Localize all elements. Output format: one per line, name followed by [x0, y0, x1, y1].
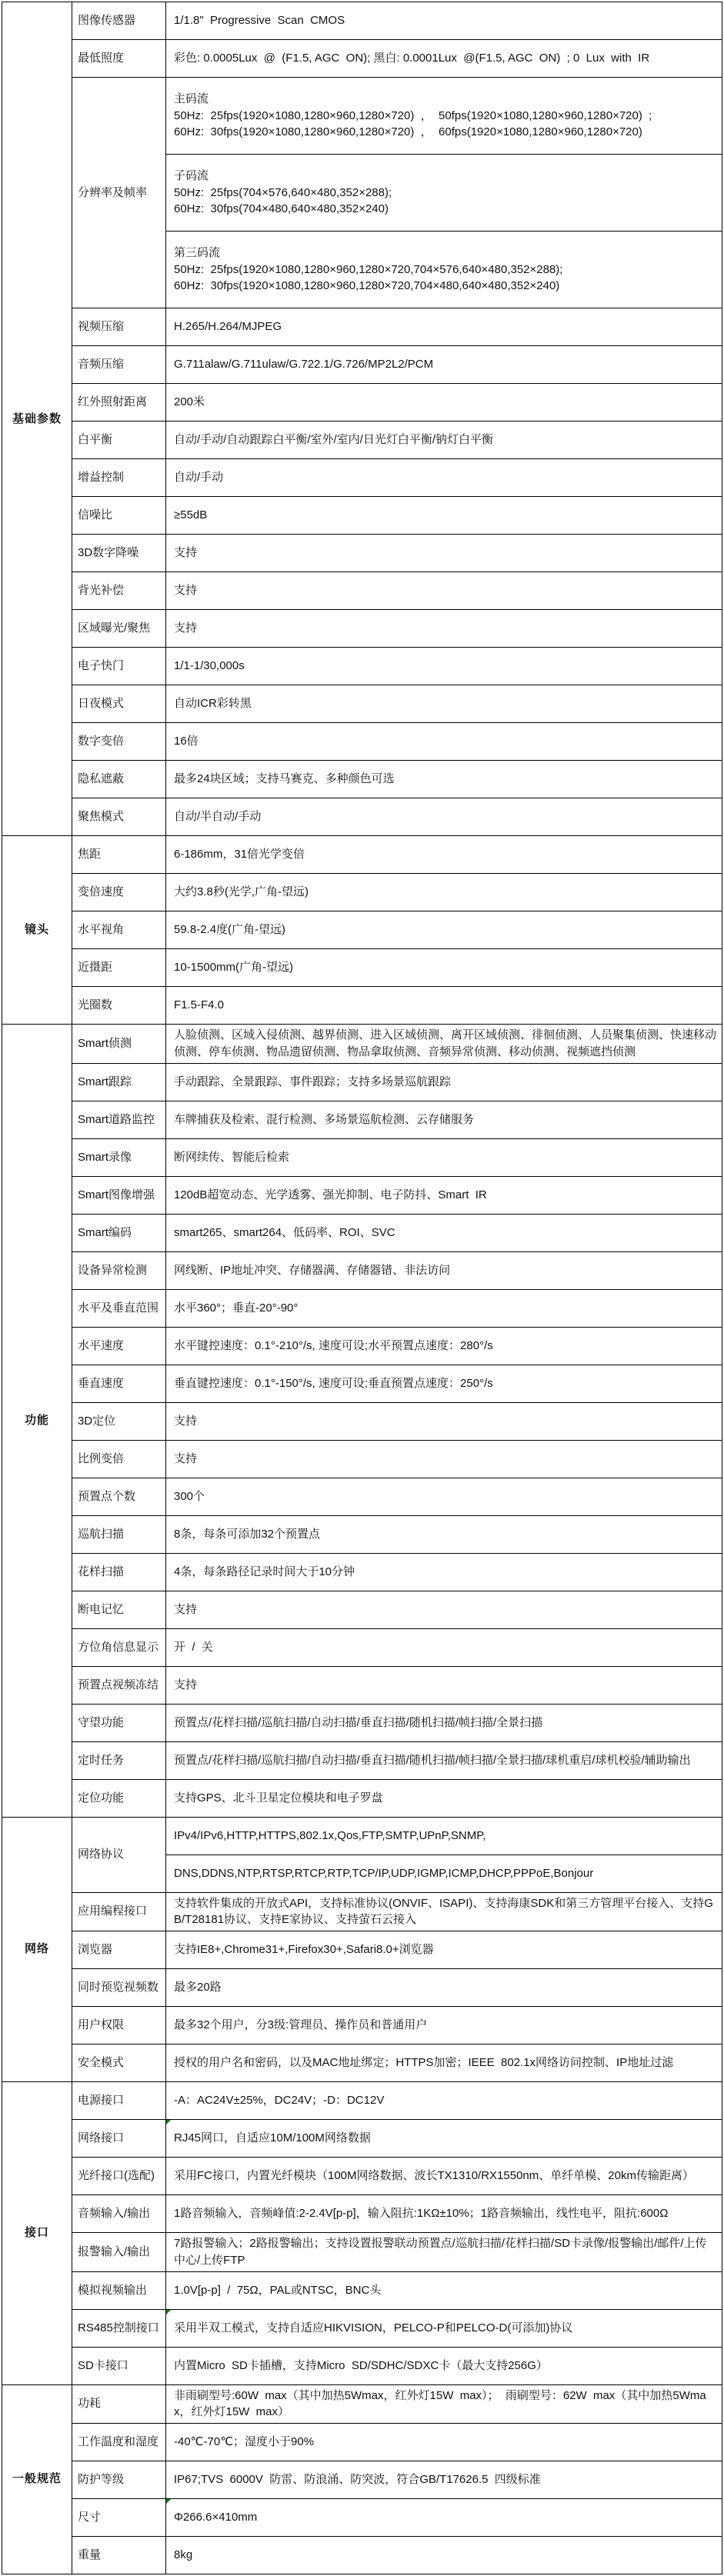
spec-row: 尺寸Φ266.6×410mm [2, 2499, 722, 2537]
spec-value-cell: H.265/H.264/MJPEG [166, 308, 722, 346]
comment-marker-icon [166, 2120, 171, 2124]
spec-row: 近摄距10-1500mm(广角-望远) [2, 949, 722, 987]
section-header-cell: 基础参数 [2, 2, 72, 836]
spec-value-cell: 支持 [166, 1666, 722, 1704]
spec-label-cell: 隐私遮蔽 [72, 761, 166, 798]
spec-value-cell: 彩色: 0.0005Lux @ (F1.5, AGC ON); 黑白: 0.00… [166, 40, 722, 78]
spec-row: 功能Smart侦测人脸侦测、区域入侵侦测、越界侦测、进入区域侦测、离开区域侦测、… [2, 1025, 722, 1064]
spec-row: 电子快门1/1-1/30,000s [2, 648, 722, 685]
spec-label-cell: 同时预览视频数 [72, 1969, 166, 2007]
spec-value-cell: 内置Micro SD卡插槽，支持Micro SD/SDHC/SDXC卡（最大支持… [166, 2347, 722, 2384]
spec-row: Smart编码smart265、smart264、低码率、ROI、SVC [2, 1214, 722, 1251]
spec-value-cell: 支持软件集成的开放式API，支持标准协议(ONVIF、ISAPI)、支持海康SD… [166, 1892, 722, 1931]
spec-row: 定位功能支持GPS、北斗卫星定位模块和电子罗盘 [2, 1779, 722, 1817]
spec-label-cell: 功耗 [72, 2384, 166, 2424]
spec-sheet: 基础参数图像传感器1/1.8" Progressive Scan CMOS最低照… [0, 0, 724, 2576]
spec-label-cell: 尺寸 [72, 2499, 166, 2537]
spec-value-cell: 7路报警输入；2路报警输出；支持设置报警联动预置点/巡航扫描/花样扫描/SD卡录… [166, 2233, 722, 2272]
spec-label-cell: 焦距 [72, 836, 166, 874]
spec-row: 白平衡自动/手动/自动跟踪白平衡/室外/室内/日光灯白平衡/钠灯白平衡 [2, 422, 722, 459]
spec-value-cell: 1/1-1/30,000s [166, 648, 722, 685]
spec-value-cell: 子码流 50Hz: 25fps(704×576,640×480,352×288)… [166, 155, 722, 232]
spec-value-cell: 支持 [166, 1440, 722, 1478]
spec-value-cell: 200米 [166, 384, 722, 422]
spec-label-cell: Smart道路监控 [72, 1101, 166, 1138]
spec-label-cell: Smart侦测 [72, 1025, 166, 1064]
spec-value-cell: 支持 [166, 535, 722, 572]
spec-label-cell: 变倍速度 [72, 874, 166, 911]
spec-row: 定时任务预置点/花样扫描/巡航扫描/自动扫描/垂直扫描/随机扫描/帧扫描/全景扫… [2, 1741, 722, 1779]
spec-row: 水平及垂直范围水平360°；垂直-20°-90° [2, 1289, 722, 1327]
spec-value-cell: 自动/手动 [166, 459, 722, 497]
spec-label-cell: 聚焦模式 [72, 798, 166, 836]
spec-row: 浏览器支持IE8+,Chrome31+,Firefox30+,Safari8.0… [2, 1931, 722, 1969]
comment-marker-icon [166, 2310, 171, 2314]
spec-value-cell: 水平键控速度：0.1°-210°/s, 速度可设;水平预置点速度：280°/s [166, 1327, 722, 1365]
spec-row: RS485控制接口采用半双工模式，支持自适应HIKVISION，PELCO-P和… [2, 2309, 722, 2347]
spec-row: 网络网络协议IPv4/IPv6,HTTP,HTTPS,802.1x,Qos,FT… [2, 1817, 722, 1855]
spec-label-cell: Smart图像增强 [72, 1176, 166, 1214]
spec-label-cell: 设备异常检测 [72, 1251, 166, 1289]
spec-row: 日夜模式自动ICR彩转黑 [2, 685, 722, 723]
spec-row: 背光补偿支持 [2, 572, 722, 610]
spec-row: 水平速度水平键控速度：0.1°-210°/s, 速度可设;水平预置点速度：280… [2, 1327, 722, 1365]
spec-row: 一般规范功耗非雨刷型号:60W max（其中加热5Wmax，红外灯15W max… [2, 2384, 722, 2424]
spec-value-cell: 自动/半自动/手动 [166, 798, 722, 836]
spec-label-cell: 信噪比 [72, 497, 166, 535]
spec-value-cell: 300个 [166, 1478, 722, 1515]
spec-value-cell: smart265、smart264、低码率、ROI、SVC [166, 1214, 722, 1251]
spec-label-cell: 安全模式 [72, 2044, 166, 2082]
spec-row: 重量8kg [2, 2537, 722, 2574]
spec-value-cell: 6-186mm，31倍光学变倍 [166, 836, 722, 874]
spec-row: 镜头焦距6-186mm，31倍光学变倍 [2, 836, 722, 874]
spec-row: 隐私遮蔽最多24块区域；支持马赛克、多种颜色可选 [2, 761, 722, 798]
spec-value-cell: 16倍 [166, 723, 722, 761]
spec-value-cell: Φ266.6×410mm [166, 2499, 722, 2537]
spec-label-cell: 巡航扫描 [72, 1515, 166, 1553]
spec-value-cell: 支持IE8+,Chrome31+,Firefox30+,Safari8.0+浏览… [166, 1931, 722, 1969]
spec-row: 预置点视频冻结支持 [2, 1666, 722, 1704]
spec-row: 最低照度彩色: 0.0005Lux @ (F1.5, AGC ON); 黑白: … [2, 40, 722, 78]
spec-value-cell: 支持GPS、北斗卫星定位模块和电子罗盘 [166, 1779, 722, 1817]
spec-value-cell: 网线断、IP地址冲突、存储器满、存储器错、非法访问 [166, 1251, 722, 1289]
spec-row: 应用编程接口支持软件集成的开放式API，支持标准协议(ONVIF、ISAPI)、… [2, 1892, 722, 1931]
spec-value-cell: 最多20路 [166, 1969, 722, 2007]
section-header-cell: 接口 [2, 2082, 72, 2385]
spec-value-cell: ≥55dB [166, 497, 722, 535]
spec-value-cell: 4条，每条路径记录时间大于10分钟 [166, 1553, 722, 1591]
spec-row: 光纤接口(选配)采用FC接口，内置光纤模块（100M网络数据、波长TX1310/… [2, 2158, 722, 2195]
spec-label-cell: SD卡接口 [72, 2347, 166, 2384]
spec-value-cell: 最多32个用户，分3级:管理员、操作员和普通用户 [166, 2007, 722, 2044]
spec-value-cell: -40℃-70℃；湿度小于90% [166, 2424, 722, 2461]
spec-label-cell: 花样扫描 [72, 1553, 166, 1591]
spec-value-cell: 支持 [166, 1591, 722, 1628]
spec-row: 设备异常检测网线断、IP地址冲突、存储器满、存储器错、非法访问 [2, 1251, 722, 1289]
spec-row: 水平视角59.8-2.4度(广角-望远) [2, 911, 722, 949]
spec-value-cell: F1.5-F4.0 [166, 987, 722, 1025]
spec-value-cell: 支持 [166, 1402, 722, 1440]
spec-row: 断电记忆支持 [2, 1591, 722, 1628]
spec-row: 聚焦模式自动/半自动/手动 [2, 798, 722, 836]
spec-value-cell: 8kg [166, 2537, 722, 2574]
spec-value-cell: 垂直键控速度：0.1°-150°/s, 速度可设;垂直预置点速度：250°/s [166, 1365, 722, 1402]
spec-label-cell: 浏览器 [72, 1931, 166, 1969]
spec-label-cell: 音频压缩 [72, 346, 166, 384]
spec-label-cell: 分辨率及帧率 [72, 78, 166, 308]
spec-row: 守望功能预置点/花样扫描/巡航扫描/自动扫描/垂直扫描/随机扫描/帧扫描/全景扫… [2, 1704, 722, 1741]
spec-label-cell: 增益控制 [72, 459, 166, 497]
section-header-cell: 功能 [2, 1025, 72, 1818]
spec-value-cell: 自动/手动/自动跟踪白平衡/室外/室内/日光灯白平衡/钠灯白平衡 [166, 422, 722, 459]
spec-value-cell: 8条，每条可添加32个预置点 [166, 1515, 722, 1553]
spec-value-cell: 预置点/花样扫描/巡航扫描/自动扫描/垂直扫描/随机扫描/帧扫描/全景扫描 [166, 1704, 722, 1741]
spec-row: SD卡接口内置Micro SD卡插槽，支持Micro SD/SDHC/SDXC卡… [2, 2347, 722, 2384]
spec-label-cell: 网络协议 [72, 1817, 166, 1892]
spec-row: 网络接口RJ45网口，自适应10M/100M网络数据 [2, 2120, 722, 2158]
comment-marker-icon [166, 2499, 171, 2504]
spec-label-cell: 守望功能 [72, 1704, 166, 1741]
spec-value-cell: 手动跟踪、全景跟踪、事件跟踪；支持多场景巡航跟踪 [166, 1063, 722, 1101]
spec-row: 防护等级IP67;TVS 6000V 防雷、防浪涌、防突波，符合GB/T1762… [2, 2461, 722, 2499]
spec-label-cell: 断电记忆 [72, 1591, 166, 1628]
spec-value-cell: 59.8-2.4度(广角-望远) [166, 911, 722, 949]
spec-value-cell: 采用半双工模式，支持自适应HIKVISION，PELCO-P和PELCO-D(可… [166, 2309, 722, 2347]
spec-label-cell: 应用编程接口 [72, 1892, 166, 1931]
spec-value-cell: 支持 [166, 610, 722, 648]
spec-label-cell: Smart编码 [72, 1214, 166, 1251]
spec-table: 基础参数图像传感器1/1.8" Progressive Scan CMOS最低照… [2, 2, 722, 2574]
spec-row: 用户权限最多32个用户，分3级:管理员、操作员和普通用户 [2, 2007, 722, 2044]
spec-label-cell: 垂直速度 [72, 1365, 166, 1402]
spec-row: Smart跟踪手动跟踪、全景跟踪、事件跟踪；支持多场景巡航跟踪 [2, 1063, 722, 1101]
spec-label-cell: 网络接口 [72, 2120, 166, 2158]
spec-row: 模拟视频输出1.0V[p-p] / 75Ω，PAL或NTSC，BNC头 [2, 2271, 722, 2309]
spec-row: Smart录像断网续传、智能后检索 [2, 1138, 722, 1176]
spec-label-cell: 预置点视频冻结 [72, 1666, 166, 1704]
spec-table-body: 基础参数图像传感器1/1.8" Progressive Scan CMOS最低照… [2, 2, 722, 2574]
spec-label-cell: 定位功能 [72, 1779, 166, 1817]
spec-label-cell: 电源接口 [72, 2082, 166, 2120]
spec-value-cell: 自动ICR彩转黑 [166, 685, 722, 723]
spec-label-cell: 音频输入/输出 [72, 2195, 166, 2233]
spec-label-cell: RS485控制接口 [72, 2309, 166, 2347]
spec-label-cell: 最低照度 [72, 40, 166, 78]
spec-value-cell: 开 / 关 [166, 1628, 722, 1666]
spec-row: 分辨率及帧率主码流 50Hz: 25fps(1920×1080,1280×960… [2, 78, 722, 155]
spec-row: 增益控制自动/手动 [2, 459, 722, 497]
spec-row: 巡航扫描8条，每条可添加32个预置点 [2, 1515, 722, 1553]
spec-row: 数字变倍16倍 [2, 723, 722, 761]
spec-label-cell: 方位角信息显示 [72, 1628, 166, 1666]
spec-value-cell: 采用FC接口，内置光纤模块（100M网络数据、波长TX1310/RX1550nm… [166, 2158, 722, 2195]
spec-value-cell: 1.0V[p-p] / 75Ω，PAL或NTSC，BNC头 [166, 2271, 722, 2309]
spec-label-cell: 用户权限 [72, 2007, 166, 2044]
spec-label-cell: 重量 [72, 2537, 166, 2574]
spec-row: 工作温度和湿度-40℃-70℃；湿度小于90% [2, 2424, 722, 2461]
spec-value-cell: 支持 [166, 572, 722, 610]
spec-label-cell: 数字变倍 [72, 723, 166, 761]
spec-label-cell: 光圈数 [72, 987, 166, 1025]
section-header-cell: 网络 [2, 1817, 72, 2082]
spec-row: 变倍速度大约3.8秒(光学,广角-望远) [2, 874, 722, 911]
spec-label-cell: 工作温度和湿度 [72, 2424, 166, 2461]
spec-label-cell: 区域曝光/聚焦 [72, 610, 166, 648]
spec-label-cell: Smart录像 [72, 1138, 166, 1176]
spec-value-cell: 车牌捕获及检索、混行检测、多场景巡航检测、云存储服务 [166, 1101, 722, 1138]
spec-value-cell: 水平360°；垂直-20°-90° [166, 1289, 722, 1327]
spec-label-cell: 近摄距 [72, 949, 166, 987]
spec-row: 音频输入/输出1路音频输入，音频峰值:2-2.4V[p-p]，输入阻抗:1KΩ±… [2, 2195, 722, 2233]
spec-label-cell: 电子快门 [72, 648, 166, 685]
spec-value-cell: 120dB超宽动态、光学透雾、强光抑制、电子防抖、Smart IR [166, 1176, 722, 1214]
spec-row: 方位角信息显示开 / 关 [2, 1628, 722, 1666]
spec-row: 基础参数图像传感器1/1.8" Progressive Scan CMOS [2, 2, 722, 40]
spec-label-cell: 红外照射距离 [72, 384, 166, 422]
spec-value-cell: G.711alaw/G.711ulaw/G.722.1/G.726/MP2L2/… [166, 346, 722, 384]
spec-value-cell: 10-1500mm(广角-望远) [166, 949, 722, 987]
spec-value-cell: DNS,DDNS,NTP,RTSP,RTCP,RTP,TCP/IP,UDP,IG… [166, 1855, 722, 1892]
spec-row: 光圈数F1.5-F4.0 [2, 987, 722, 1025]
spec-label-cell: 防护等级 [72, 2461, 166, 2499]
spec-row: 报警输入/输出7路报警输入；2路报警输出；支持设置报警联动预置点/巡航扫描/花样… [2, 2233, 722, 2272]
spec-value-cell: IPv4/IPv6,HTTP,HTTPS,802.1x,Qos,FTP,SMTP… [166, 1817, 722, 1855]
spec-label-cell: 3D定位 [72, 1402, 166, 1440]
spec-value-cell: 非雨刷型号:60W max（其中加热5Wmax，红外灯15W max）； 雨刷型… [166, 2384, 722, 2424]
spec-row: 同时预览视频数最多20路 [2, 1969, 722, 2007]
spec-value-cell: -A：AC24V±25%，DC24V；-D：DC12V [166, 2082, 722, 2120]
spec-value-cell: IP67;TVS 6000V 防雷、防浪涌、防突波，符合GB/T17626.5 … [166, 2461, 722, 2499]
spec-value-cell: 主码流 50Hz: 25fps(1920×1080,1280×960,1280×… [166, 78, 722, 155]
spec-label-cell: 光纤接口(选配) [72, 2158, 166, 2195]
spec-label-cell: 比例变倍 [72, 1440, 166, 1478]
spec-row: Smart道路监控车牌捕获及检索、混行检测、多场景巡航检测、云存储服务 [2, 1101, 722, 1138]
spec-row: 预置点个数300个 [2, 1478, 722, 1515]
spec-row: 信噪比≥55dB [2, 497, 722, 535]
spec-label-cell: Smart跟踪 [72, 1063, 166, 1101]
spec-label-cell: 白平衡 [72, 422, 166, 459]
section-header-cell: 一般规范 [2, 2384, 72, 2574]
spec-row: 音频压缩G.711alaw/G.711ulaw/G.722.1/G.726/MP… [2, 346, 722, 384]
spec-row: 比例变倍支持 [2, 1440, 722, 1478]
spec-label-cell: 3D数字降噪 [72, 535, 166, 572]
spec-label-cell: 背光补偿 [72, 572, 166, 610]
spec-label-cell: 视频压缩 [72, 308, 166, 346]
spec-value-cell: 第三码流 50Hz: 25fps(1920×1080,1280×960,1280… [166, 232, 722, 308]
spec-label-cell: 定时任务 [72, 1741, 166, 1779]
spec-row: 区域曝光/聚焦支持 [2, 610, 722, 648]
spec-label-cell: 报警输入/输出 [72, 2233, 166, 2272]
spec-value-cell: 授权的用户名和密码，以及MAC地址绑定；HTTPS加密；IEEE 802.1x网… [166, 2044, 722, 2082]
spec-row: 花样扫描4条，每条路径记录时间大于10分钟 [2, 1553, 722, 1591]
spec-value-cell: 断网续传、智能后检索 [166, 1138, 722, 1176]
spec-label-cell: 预置点个数 [72, 1478, 166, 1515]
spec-label-cell: 图像传感器 [72, 2, 166, 40]
spec-value-cell: 1路音频输入，音频峰值:2-2.4V[p-p]，输入阻抗:1KΩ±10%；1路音… [166, 2195, 722, 2233]
spec-label-cell: 水平视角 [72, 911, 166, 949]
spec-row: 垂直速度垂直键控速度：0.1°-150°/s, 速度可设;垂直预置点速度：250… [2, 1365, 722, 1402]
section-header-cell: 镜头 [2, 836, 72, 1025]
spec-value-cell: RJ45网口，自适应10M/100M网络数据 [166, 2120, 722, 2158]
spec-row: 3D数字降噪支持 [2, 535, 722, 572]
spec-label-cell: 日夜模式 [72, 685, 166, 723]
spec-row: 安全模式授权的用户名和密码，以及MAC地址绑定；HTTPS加密；IEEE 802… [2, 2044, 722, 2082]
spec-value-cell: 人脸侦测、区域入侵侦测、越界侦测、进入区域侦测、离开区域侦测、徘徊侦测、人员聚集… [166, 1025, 722, 1064]
spec-label-cell: 水平及垂直范围 [72, 1289, 166, 1327]
spec-label-cell: 水平速度 [72, 1327, 166, 1365]
spec-row: 视频压缩H.265/H.264/MJPEG [2, 308, 722, 346]
spec-value-cell: 最多24块区域；支持马赛克、多种颜色可选 [166, 761, 722, 798]
spec-value-cell: 大约3.8秒(光学,广角-望远) [166, 874, 722, 911]
spec-label-cell: 模拟视频输出 [72, 2271, 166, 2309]
spec-row: 接口电源接口-A：AC24V±25%，DC24V；-D：DC12V [2, 2082, 722, 2120]
spec-value-cell: 预置点/花样扫描/巡航扫描/自动扫描/垂直扫描/随机扫描/帧扫描/全景扫描/球机… [166, 1741, 722, 1779]
spec-row: 红外照射距离200米 [2, 384, 722, 422]
spec-value-cell: 1/1.8" Progressive Scan CMOS [166, 2, 722, 40]
spec-row: Smart图像增强120dB超宽动态、光学透雾、强光抑制、电子防抖、Smart … [2, 1176, 722, 1214]
spec-row: 3D定位支持 [2, 1402, 722, 1440]
